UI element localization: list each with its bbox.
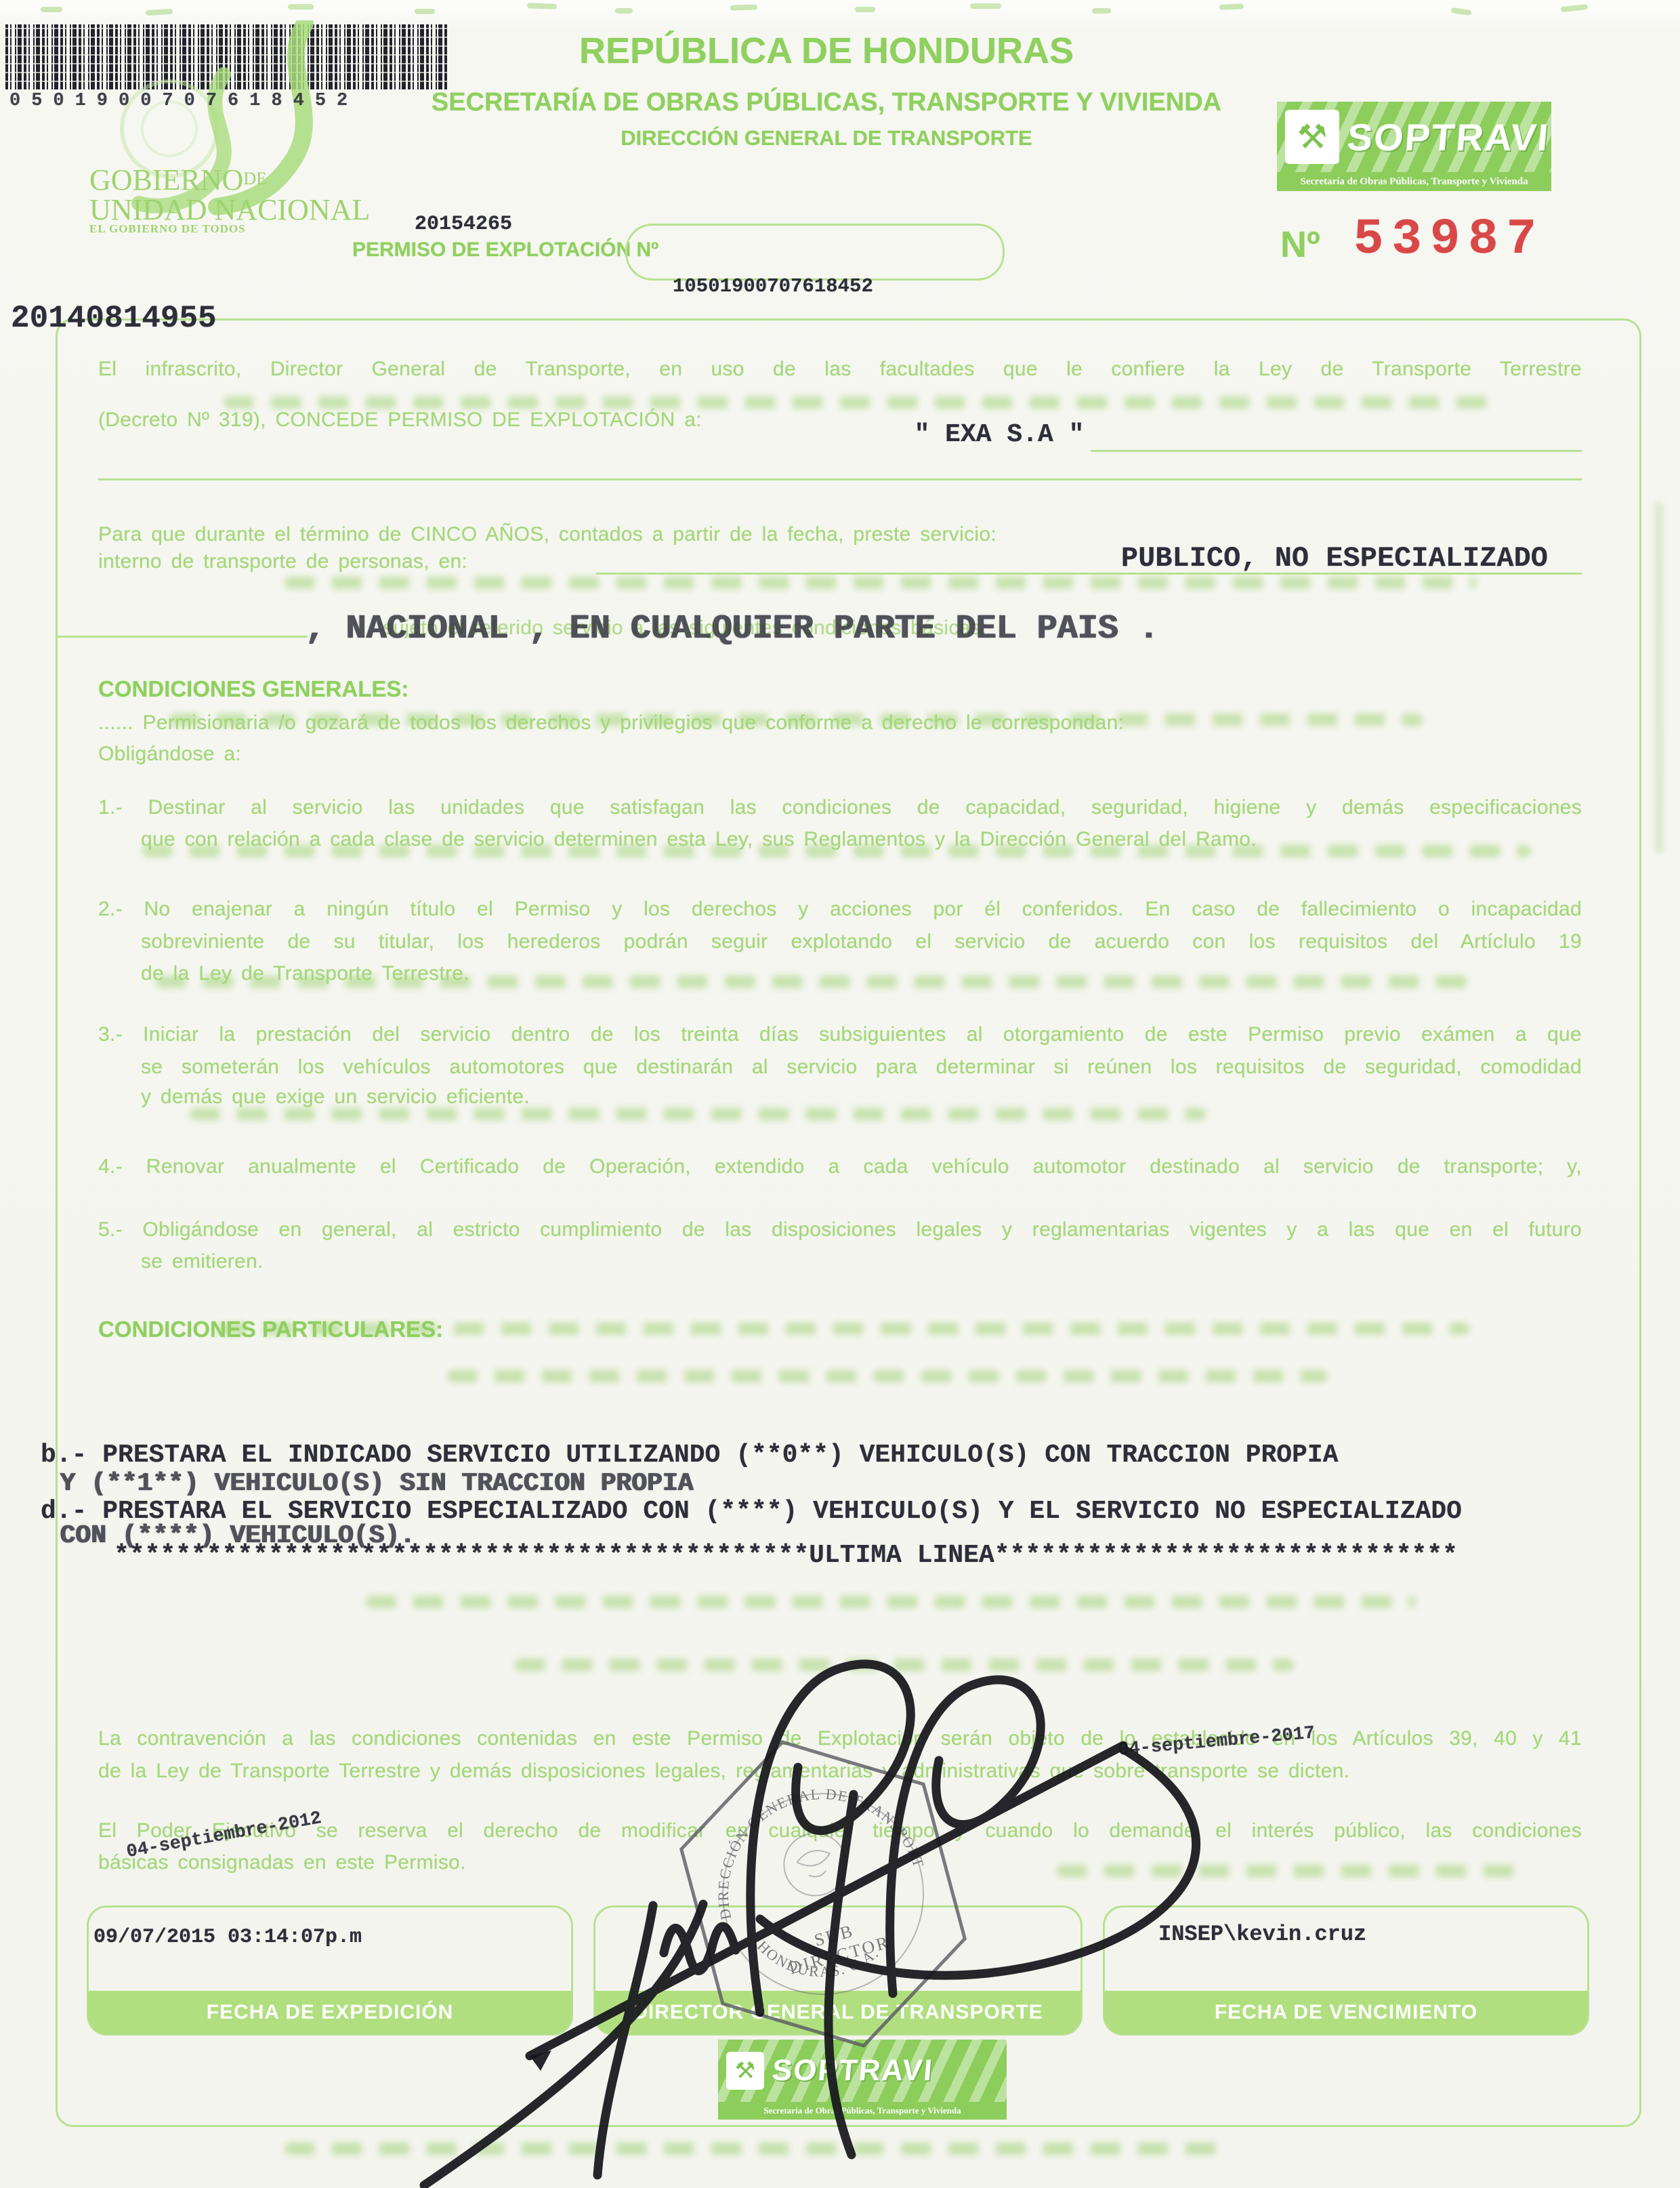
condition-item: 2.- No enajenar a ningún título el Permi… — [98, 898, 1582, 921]
scan-artifact — [1219, 3, 1244, 9]
scan-artifact — [415, 9, 435, 14]
scan-artifact — [1092, 8, 1111, 14]
soptravi-logo-box: ⚒ SOPTRAVI — [1277, 102, 1551, 172]
page-subtitle: SECRETARÍA DE OBRAS PÚBLICAS, TRANSPORTE… — [291, 88, 1362, 117]
particular-conditions-title: CONDICIONES PARTICULARES: — [98, 1317, 443, 1342]
service-line: interno de transporte de personas, en: — [98, 550, 467, 573]
condition-item: que con relación a cada clase de servici… — [141, 828, 1257, 851]
permit-label: PERMISO DE EXPLOTACIÓN Nº — [352, 239, 658, 262]
red-serial-number: 53987 — [1353, 211, 1545, 268]
fill-line — [1091, 450, 1582, 452]
scan-artifact — [615, 8, 633, 14]
particular-line: Y (**1**) VEHICULO(S) SIN TRACCION PROPI… — [60, 1469, 693, 1498]
condition-item: 1.- Destinar al servicio las unidades qu… — [98, 796, 1582, 819]
condition-item: se emitieren. — [141, 1250, 264, 1273]
condition-item: se someterán los vehículos automotores q… — [141, 1056, 1582, 1079]
scan-artifact — [855, 7, 875, 12]
scan-artifact — [527, 3, 557, 9]
condition-item: de la Ley de Transporte Terrestre. — [141, 962, 469, 985]
stamped-permit-number: 20154265 — [415, 213, 512, 236]
service-type-value: PUBLICO, NO ESPECIALIZADO — [1047, 542, 1548, 575]
soptravi-logo: ⚒ SOPTRAVI Secretaría de Obras Públicas,… — [1277, 102, 1551, 191]
fill-line — [98, 478, 1582, 480]
general-intro-2: Obligándose a: — [98, 743, 241, 766]
condition-item: sobreviniente de su titular, los hereder… — [141, 930, 1582, 953]
barcode-digits: 0501900707618452 — [9, 91, 358, 111]
page-department: DIRECCIÓN GENERAL DE TRANSPORTE — [291, 126, 1362, 150]
condition-item: 3.- Iniciar la prestación del servicio d… — [98, 1023, 1582, 1046]
intro-line-2: (Decreto Nº 319), CONCEDE PERMISO DE EXP… — [98, 409, 702, 432]
particular-line: b.- PRESTARA EL INDICADO SERVICIO UTILIZ… — [41, 1441, 1339, 1470]
gobierno-word1-suffix: DE — [243, 169, 267, 188]
condition-item: 4.- Renovar anualmente el Certificado de… — [98, 1155, 1582, 1178]
general-conditions-title: CONDICIONES GENERALES: — [98, 676, 408, 702]
scan-artifact — [41, 7, 62, 12]
signature — [379, 1613, 1260, 2188]
permit-number-box — [625, 224, 1005, 281]
grantee-name: " EXA S.A " — [850, 420, 1148, 449]
file-number: 20140814955 — [11, 301, 217, 336]
scan-artifact — [288, 4, 314, 9]
intro-line-1: El infrascrito, Director General de Tran… — [98, 358, 1582, 381]
coverage-value: , NACIONAL , EN CUALQUIER PARTE DEL PAIS… — [305, 610, 1158, 648]
scan-artifact — [146, 9, 173, 16]
ultima-linea-row: ****************************************… — [114, 1541, 1458, 1570]
gobierno-word1: GOBIERNO — [89, 163, 243, 197]
general-intro-1: ...... Permisionaria /o gozará de todos … — [98, 711, 1124, 735]
scan-artifact — [970, 3, 1001, 9]
no-label: Nº — [1280, 224, 1320, 266]
soptravi-wordmark: SOPTRAVI — [1345, 115, 1551, 159]
page-title: REPÚBLICA DE HONDURAS — [291, 30, 1362, 72]
gobierno-logo-line3: EL GOBIERNO DE TODOS — [89, 222, 246, 236]
term-line: Para que durante el término de CINCO AÑO… — [98, 523, 996, 546]
soptravi-icon: ⚒ — [1285, 110, 1339, 164]
fill-line — [57, 636, 308, 638]
condition-item: 5.- Obligándose en general, al estricto … — [98, 1218, 1582, 1241]
scan-artifact — [1451, 7, 1472, 16]
typed-permit-number: 10501900707618452 — [673, 275, 873, 297]
expedition-datetime: 09/07/2015 03:14:07p.m — [93, 1926, 362, 1949]
bleed-smudge — [1654, 501, 1664, 854]
soptravi-caption: Secretaría de Obras Públicas, Transporte… — [1277, 172, 1551, 191]
scan-artifact — [730, 4, 757, 10]
scan-artifact — [1561, 4, 1589, 12]
permit-document-page: 0501900707618452 GOBIERNODE UNIDAD NACIO… — [0, 0, 1680, 2188]
condition-item: y demás que exige un servicio eficiente. — [141, 1086, 530, 1109]
